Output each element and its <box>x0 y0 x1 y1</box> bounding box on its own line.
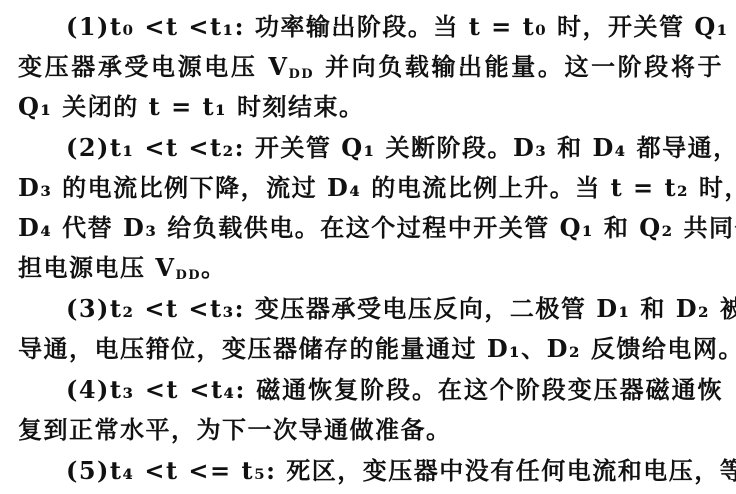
text-line-9: 导通，电压箝位，变压器储存的能量通过 D₁、D₂ 反馈给电网。 <box>18 334 723 364</box>
text-line-6: D₄ 代替 D₃ 给负载供电。在这个过程中开关管 Q₁ 和 Q₂ 共同分 <box>18 213 723 243</box>
text-line-11: 复到正常水平，为下一次导通做准备。 <box>18 415 723 445</box>
text-line-8: (3)t₂ <t <t₃: 变压器承受电压反向，二极管 D₁ 和 D₂ 被迫 <box>66 294 723 324</box>
text-line-1: (1)t₀ <t <t₁: 功率输出阶段。当 t = t₀ 时，开关管 Q₁ 导… <box>66 12 723 42</box>
text-line-3: Q₁ 关闭的 t = t₁ 时刻结束。 <box>18 92 723 122</box>
document-page: (1)t₀ <t <t₁: 功率输出阶段。当 t = t₀ 时，开关管 Q₁ 导… <box>0 0 736 494</box>
text-line-10: (4)t₃ <t <t₄: 磁通恢复阶段。在这个阶段变压器磁通恢 <box>66 375 723 405</box>
text-line-12: (5)t₄ <t <= t₅: 死区，变压器中没有任何电流和电压，等 <box>66 456 723 486</box>
text-line-2: 变压器承受电源电压 VDD 并向负载输出能量。这一阶段将于 <box>18 52 723 82</box>
text-line-4: (2)t₁ <t <t₂: 开关管 Q₁ 关断阶段。D₃ 和 D₄ 都导通，流过 <box>66 133 723 163</box>
text-line-7: 担电源电压 VDD。 <box>18 253 723 283</box>
text-line-5: D₃ 的电流比例下降，流过 D₄ 的电流比例上升。当 t = t₂ 时，由 <box>18 173 723 203</box>
